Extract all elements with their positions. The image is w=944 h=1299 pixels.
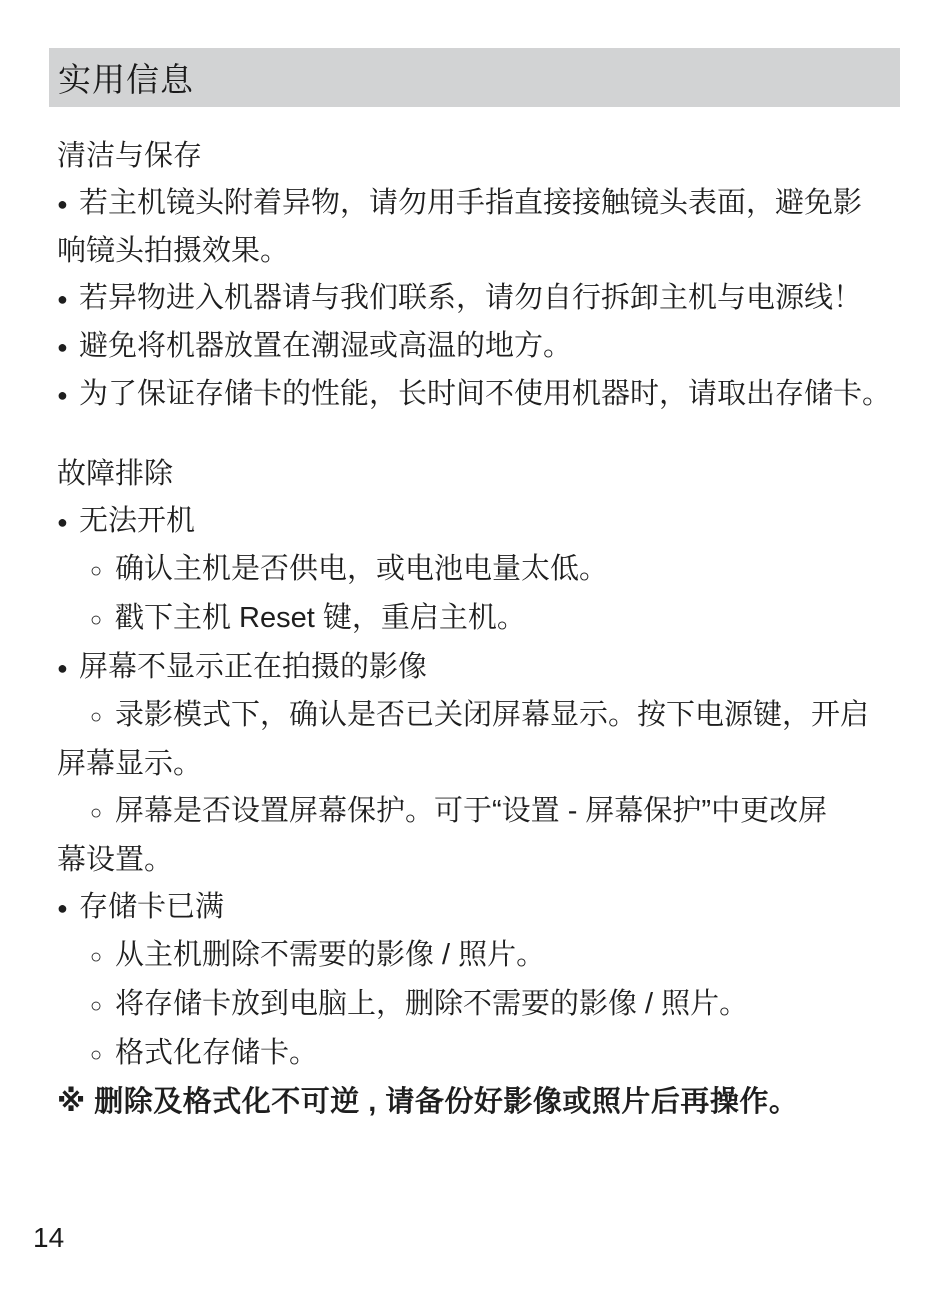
list-item: ●屏幕不显示正在拍摄的影像 [57, 644, 888, 692]
list-item: ●无法开机 [57, 498, 888, 546]
list-item-text: 若主机镜头附着异物，请勿用手指直接接触镜头表面，避免影 [79, 187, 862, 219]
sub-list-item: ○格式化存储卡。 [57, 1030, 888, 1079]
list-item-text: 屏幕显示。 [57, 748, 202, 780]
list-item: ●若异物进入机器请与我们联系，请勿自行拆卸主机与电源线！ [57, 275, 888, 323]
sub-bullet-icon: ○ [90, 790, 115, 837]
sub-list-item: ○戳下主机 Reset 键，重启主机。 [57, 595, 888, 644]
list-item-wrap: 响镜头拍摄效果。 [57, 228, 888, 275]
list-item: ●为了保证存储卡的性能，长时间不使用机器时，请取出存储卡。 [57, 371, 888, 419]
list-item-text: 为了保证存储卡的性能，长时间不使用机器时，请取出存储卡。 [79, 378, 891, 410]
list-item-text: 戳下主机 Reset 键，重启主机。 [115, 602, 526, 634]
sub-bullet-icon: ○ [90, 1032, 115, 1079]
sub-bullet-icon: ○ [90, 548, 115, 595]
list-item-text: 格式化存储卡。 [115, 1037, 318, 1069]
section-cleaning-storage: 清洁与保存 ●若主机镜头附着异物，请勿用手指直接接触镜头表面，避免影 响镜头拍摄… [57, 133, 888, 419]
sub-bullet-icon: ○ [90, 934, 115, 981]
manual-page: 实用信息 清洁与保存 ●若主机镜头附着异物，请勿用手指直接接触镜头表面，避免影 … [0, 0, 944, 1299]
list-item: ●避免将机器放置在潮湿或高温的地方。 [57, 323, 888, 371]
sub-list-item: ○确认主机是否供电，或电池电量太低。 [57, 546, 888, 595]
list-item-text: 确认主机是否供电，或电池电量太低。 [115, 553, 608, 585]
bullet-icon: ● [57, 276, 79, 323]
warning-note: ※ 删除及格式化不可逆 , 请备份好影像或照片后再操作。 [57, 1079, 888, 1126]
bullet-icon: ● [57, 645, 79, 692]
bullet-icon: ● [57, 499, 79, 546]
list-item: ●存储卡已满 [57, 884, 888, 932]
sub-list-item-wrap: 幕设置。 [57, 837, 888, 884]
page-content: 清洁与保存 ●若主机镜头附着异物，请勿用手指直接接触镜头表面，避免影 响镜头拍摄… [57, 133, 888, 1126]
list-item-text: 避免将机器放置在潮湿或高温的地方。 [79, 330, 572, 362]
sub-list-item-wrap: 屏幕显示。 [57, 741, 888, 788]
list-item-text: 屏幕是否设置屏幕保护。可于“设置 - 屏幕保护”中更改屏 [115, 795, 827, 827]
list-item-text: 屏幕不显示正在拍摄的影像 [79, 651, 427, 683]
list-item-text: 幕设置。 [57, 844, 173, 876]
page-title: 实用信息 [49, 54, 194, 101]
list-item-text: 响镜头拍摄效果。 [57, 235, 289, 267]
page-number: 14 [33, 1222, 64, 1254]
section-heading: 清洁与保存 [57, 133, 888, 180]
bullet-icon: ● [57, 181, 79, 228]
sub-bullet-icon: ○ [90, 983, 115, 1030]
list-item-text: 从主机删除不需要的影像 / 照片。 [115, 939, 545, 971]
bullet-icon: ● [57, 324, 79, 371]
list-item-text: 若异物进入机器请与我们联系，请勿自行拆卸主机与电源线！ [79, 282, 862, 314]
section-troubleshooting: 故障排除 ●无法开机 ○确认主机是否供电，或电池电量太低。 ○戳下主机 Rese… [57, 451, 888, 1079]
list-item-text: 录影模式下，确认是否已关闭屏幕显示。按下电源键，开启 [115, 699, 869, 731]
sub-list-item: ○从主机删除不需要的影像 / 照片。 [57, 932, 888, 981]
list-item-text: 存储卡已满 [79, 891, 224, 923]
list-item-text: 将存储卡放到电脑上，删除不需要的影像 / 照片。 [115, 988, 748, 1020]
bullet-icon: ● [57, 372, 79, 419]
bullet-icon: ● [57, 885, 79, 932]
list-item-text: 无法开机 [79, 505, 195, 537]
sub-list-item: ○录影模式下，确认是否已关闭屏幕显示。按下电源键，开启 [57, 692, 888, 741]
list-item: ●若主机镜头附着异物，请勿用手指直接接触镜头表面，避免影 [57, 180, 888, 228]
sub-bullet-icon: ○ [90, 694, 115, 741]
section-heading: 故障排除 [57, 451, 888, 498]
sub-list-item: ○屏幕是否设置屏幕保护。可于“设置 - 屏幕保护”中更改屏 [57, 788, 888, 837]
sub-list-item: ○将存储卡放到电脑上，删除不需要的影像 / 照片。 [57, 981, 888, 1030]
section-title-bar: 实用信息 [49, 48, 900, 107]
sub-bullet-icon: ○ [90, 597, 115, 644]
